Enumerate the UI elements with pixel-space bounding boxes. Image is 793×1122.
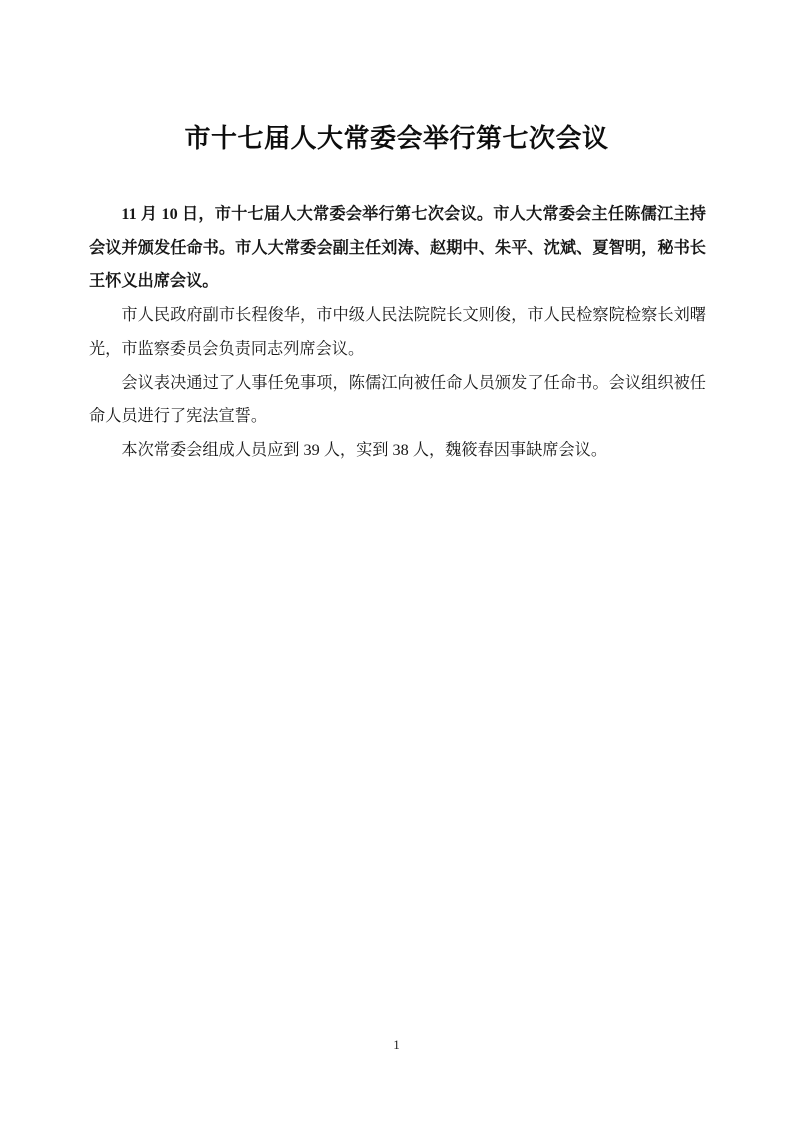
- paragraph-2: 市人民政府副市长程俊华，市中级人民法院院长文则俊，市人民检察院检察长刘曙光，市监…: [89, 299, 706, 366]
- paragraph-3: 会议表决通过了人事任免事项，陈儒江向被任命人员颁发了任命书。会议组织被任命人员进…: [89, 367, 706, 434]
- document-body: 11 月 10 日，市十七届人大常委会举行第七次会议。市人大常委会主任陈儒江主持…: [89, 198, 706, 468]
- page-number: 1: [0, 1036, 793, 1054]
- document-page: 市十七届人大常委会举行第七次会议 11 月 10 日，市十七届人大常委会举行第七…: [0, 0, 793, 1122]
- paragraph-1: 11 月 10 日，市十七届人大常委会举行第七次会议。市人大常委会主任陈儒江主持…: [89, 198, 706, 299]
- document-title: 市十七届人大常委会举行第七次会议: [0, 121, 793, 157]
- paragraph-4: 本次常委会组成人员应到 39 人，实到 38 人，魏筱春因事缺席会议。: [89, 434, 706, 468]
